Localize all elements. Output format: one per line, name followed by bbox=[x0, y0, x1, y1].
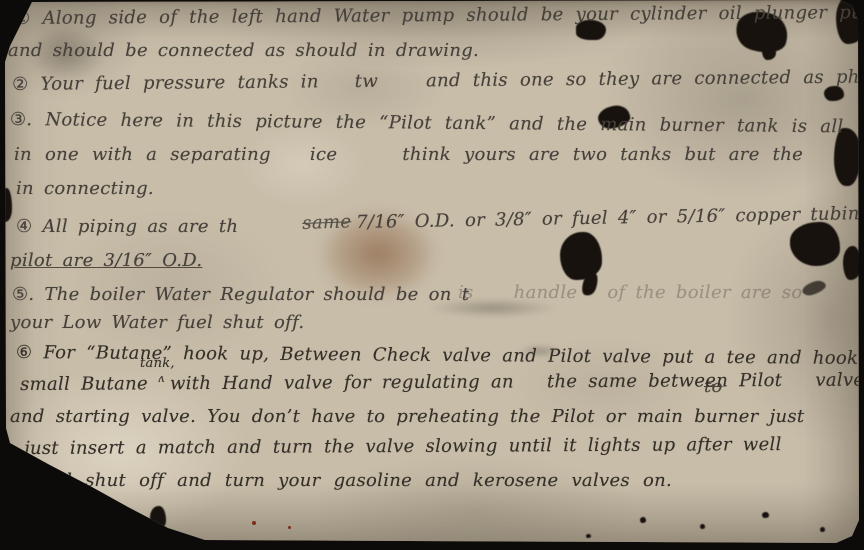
handwritten-line-8: pilot are 3/16″ O.D. bbox=[10, 250, 202, 271]
handwritten-line-4: ③. Notice here in this picture the “Pilo… bbox=[10, 109, 844, 137]
handwritten-line-10: your Low Water fuel shut off. bbox=[10, 312, 304, 333]
handwritten-line-2: and should be connected as should in dra… bbox=[8, 40, 479, 61]
crossed-out-word: to bbox=[704, 376, 723, 397]
rust-speck bbox=[252, 521, 256, 525]
ink-blot bbox=[824, 86, 844, 101]
handwritten-line-13: and starting valve. You don’t have to pr… bbox=[10, 406, 804, 427]
ink-blot bbox=[801, 278, 828, 297]
ink-blot bbox=[790, 222, 840, 266]
handwritten-line-3: ② Your fuel pressure tanks in tw and thi… bbox=[12, 66, 864, 95]
handwritten-line-6: in connecting. bbox=[16, 178, 154, 199]
handwritten-line-7b: 7/16″ O.D. or 3/8″ or fuel 4″ or 5/16″ c… bbox=[356, 202, 864, 233]
handwritten-line-9: ⑤. The boiler Water Regulator should be … bbox=[12, 284, 469, 305]
ink-spot bbox=[700, 524, 705, 529]
ink-blot bbox=[0, 188, 12, 222]
ink-blot bbox=[843, 246, 861, 280]
photo-background: { "colors": { "background": "#0d0b09", "… bbox=[0, 0, 864, 550]
handwritten-line-14: just insert a match and turn the valve s… bbox=[24, 434, 782, 459]
ink-spot bbox=[762, 512, 769, 518]
note-paper: ① Along side of the left hand Water pump… bbox=[0, 0, 864, 550]
handwritten-line-7: ④ All piping as are th bbox=[16, 216, 238, 237]
ink-blot bbox=[762, 42, 776, 60]
ink-spot bbox=[586, 534, 591, 538]
handwritten-line-9b: is handle of the boiler are so bbox=[458, 282, 802, 303]
crossed-out-word: same bbox=[302, 211, 352, 234]
inserted-word: tank, bbox=[140, 356, 175, 371]
ink-spot bbox=[820, 527, 825, 532]
handwritten-line-12: small Butane with Hand valve for regulat… bbox=[20, 370, 864, 395]
rust-speck bbox=[288, 526, 291, 529]
ink-blot bbox=[150, 506, 166, 530]
handwritten-line-15: heated shut off and turn your gasoline a… bbox=[8, 470, 672, 491]
handwritten-line-5: in one with a separating ice think yours… bbox=[14, 144, 803, 165]
ink-spot bbox=[640, 517, 646, 523]
